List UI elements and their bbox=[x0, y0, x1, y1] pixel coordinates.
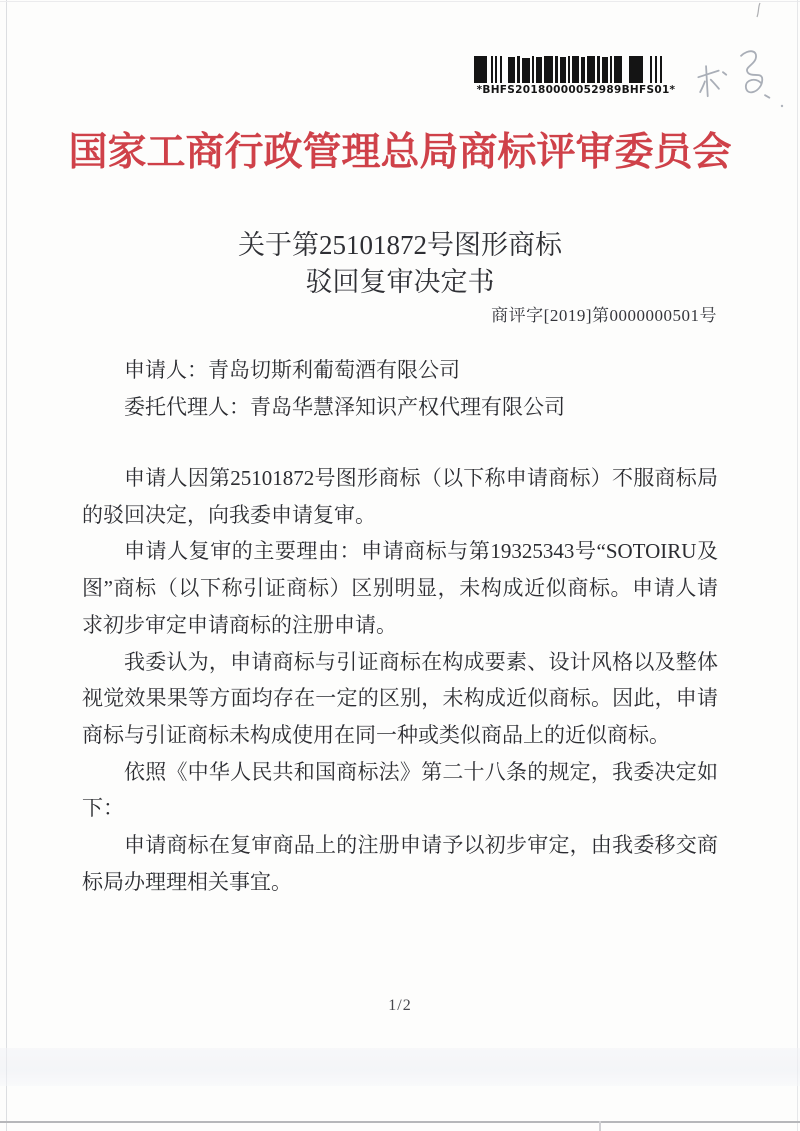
barcode-bars bbox=[474, 56, 679, 83]
scan-shadow-band bbox=[0, 1048, 800, 1086]
parties-block: 申请人：青岛切斯利葡萄酒有限公司 委托代理人：青岛华慧泽知识产权代理有限公司 bbox=[82, 352, 718, 426]
agent-line: 委托代理人：青岛华慧泽知识产权代理有限公司 bbox=[82, 389, 718, 426]
page-number: 1/2 bbox=[0, 997, 800, 1015]
applicant-line: 申请人：青岛切斯利葡萄酒有限公司 bbox=[82, 352, 718, 389]
barcode-text: *BHFS20180000052989BHFS01* bbox=[466, 84, 686, 96]
document-number: 商评字[2019]第0000000501号 bbox=[491, 301, 717, 326]
body-paragraph: 申请人复审的主要理由：申请商标与第19325343号“SOTOIRU及图”商标（… bbox=[82, 533, 718, 643]
document-title-line1: 关于第25101872号图形商标 bbox=[0, 227, 800, 264]
pen-mark bbox=[752, 2, 766, 23]
scanned-document-page: *BHFS20180000052989BHFS01* 国家工商行政管理总局商标评… bbox=[0, 0, 800, 1131]
document-title-line2: 驳回复审决定书 bbox=[0, 264, 800, 301]
scan-edge-bottom bbox=[0, 1121, 800, 1123]
body-paragraph: 申请人因第25101872号图形商标（以下称申请商标）不服商标局的驳回决定，向我… bbox=[82, 460, 718, 533]
body-paragraph: 申请商标在复审商品上的注册申请予以初步审定，由我委移交商标局办理理相关事宜。 bbox=[82, 827, 718, 900]
scan-edge-top bbox=[0, 1, 800, 2]
authority-title: 国家工商行政管理总局商标评审委员会 bbox=[0, 121, 800, 177]
body-paragraph: 依照《中华人民共和国商标法》第二十八条的规定，我委决定如下： bbox=[82, 754, 718, 827]
body-paragraph: 我委认为，申请商标与引证商标在构成要素、设计风格以及整体视觉效果果等方面均存在一… bbox=[82, 644, 718, 754]
document-title: 关于第25101872号图形商标 驳回复审决定书 bbox=[0, 227, 800, 301]
handwritten-note bbox=[694, 46, 789, 119]
barcode: *BHFS20180000052989BHFS01* bbox=[466, 56, 686, 96]
scan-edge-tick bbox=[599, 1121, 601, 1131]
decision-body: 申请人因第25101872号图形商标（以下称申请商标）不服商标局的驳回决定，向我… bbox=[82, 460, 718, 900]
